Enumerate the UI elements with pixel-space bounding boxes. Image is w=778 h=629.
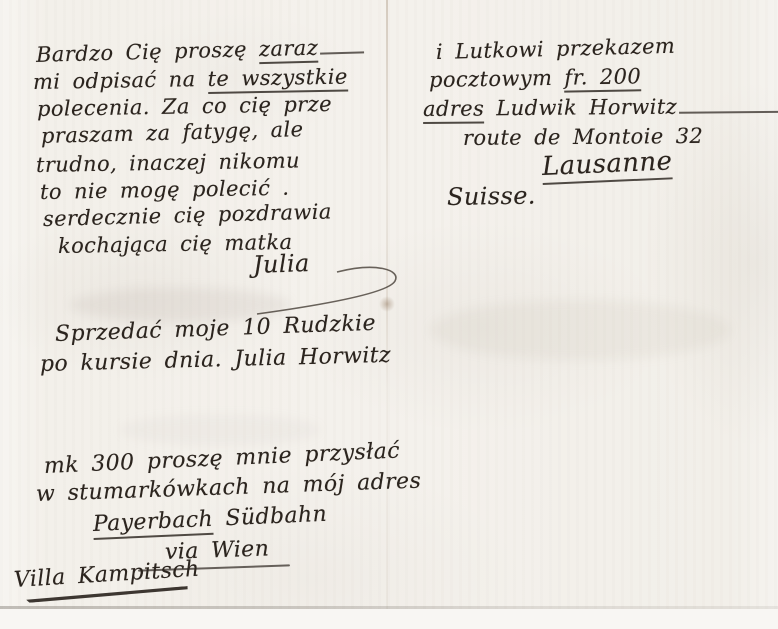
line-text: i Lutkowi przekazem: [436, 34, 676, 64]
letter-scan: Bardzo Cię proszę zaraz mi odpisać na te…: [0, 0, 778, 629]
underlined-word: adres: [423, 96, 484, 124]
pen-stroke: [679, 93, 778, 114]
handwritten-line: i Lutkowi przekazem: [436, 34, 676, 64]
line-text: pocztowym: [429, 66, 565, 92]
underlined-city: Lausanne: [541, 146, 673, 185]
underlined-amount: fr. 200: [564, 64, 641, 92]
handwritten-line: pocztowym fr. 200: [429, 64, 642, 92]
handwritten-line: Lausanne: [541, 146, 673, 182]
right-page: i Lutkowi przekazem pocztowym fr. 200 ad…: [0, 0, 778, 629]
handwritten-line: Suisse.: [447, 181, 536, 211]
line-text: Ludwik Horwitz: [484, 95, 677, 121]
line-text: Suisse.: [447, 181, 536, 211]
handwritten-line: adres Ludwik Horwitz: [423, 93, 778, 121]
